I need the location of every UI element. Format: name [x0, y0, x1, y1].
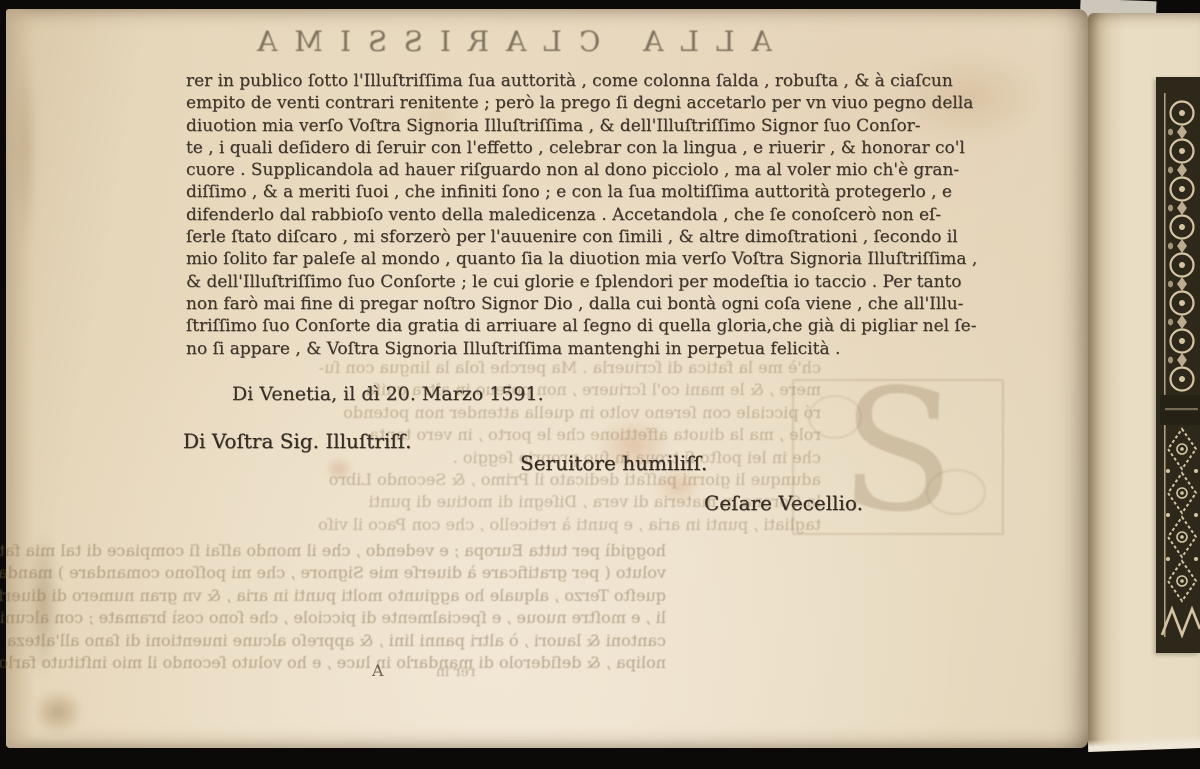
- letter-line: difenderlo dal rabbioſo vento della male…: [186, 205, 1041, 227]
- page-bottom-edge: [1088, 736, 1200, 752]
- mirrored-running-head: ALLA CLARISSIMA: [156, 25, 856, 58]
- letter-line: cuore . Supplicandola ad hauer riſguardo…: [186, 160, 1041, 182]
- show-through-line: hoggidì per tutta Europa ; e vedendo , c…: [152, 541, 666, 563]
- gathering-mark: A: [372, 661, 384, 680]
- date-line: Di Venetia, il dì 20. Marzo 1591.: [232, 383, 544, 405]
- letter-line: & dell'Illuſtriſſimo ſuo Conſorte ; le c…: [186, 272, 1041, 294]
- facing-page: [1088, 13, 1200, 748]
- letter-line: diſſimo , & a meriti ſuoi , che infiniti…: [186, 182, 1041, 204]
- show-through-line: li , e moſtre nuoue , e ſpecialmente di …: [152, 608, 666, 630]
- show-through-catchword: rer in: [436, 664, 476, 680]
- woodcut-border-icon: [1156, 77, 1200, 653]
- valediction: Seruitore humiliſſ.: [520, 451, 707, 475]
- show-through-line: ró picciale con ſereno volto in quella a…: [201, 403, 821, 425]
- letter-line: te , i quali deſidero di ſeruir con l'ef…: [186, 138, 1041, 160]
- letter-line: empito de venti contrari renitente ; per…: [186, 93, 1041, 115]
- woodcut-border-ornament: [1156, 77, 1200, 653]
- paper-stain: [32, 689, 84, 735]
- letter-line: mio ſolito far paleſe al mondo , quanto …: [186, 249, 1041, 271]
- show-through-line: queſto Terzo , alquale ho aggiunto molti…: [152, 586, 666, 608]
- book-scan: ALLA CLARISSIMA rer in publico ſotto l'I…: [0, 0, 1200, 769]
- foliage-flourish-icon: [808, 395, 862, 439]
- show-through-line: voluto ( per gratificare à diuerſe mie S…: [152, 563, 666, 585]
- letter-line: rer in publico ſotto l'Illuſtriſſima ſua…: [186, 71, 1041, 93]
- show-through-drop-cap: S: [792, 379, 1004, 535]
- show-through-line: nolipa , & deſiderolo di mandarlo in luc…: [152, 653, 666, 675]
- letter-line: non farò mai fine di pregar noſtro Signo…: [186, 294, 1041, 316]
- letter-line: diuotion mia verſo Voſtra Signoria Illuſ…: [186, 116, 1041, 138]
- letter-page: ALLA CLARISSIMA rer in publico ſotto l'I…: [6, 9, 1088, 748]
- letter-line: ſtriſſimo ſuo Conſorte dia gratia di arr…: [186, 316, 1041, 338]
- show-through-line: cantoni & lauori , ò altri panni lini , …: [152, 631, 666, 653]
- show-through-line: ch'è me la fatica di ſcriuerla . Ma perc…: [201, 358, 821, 380]
- salutation: Di Voſtra Sig. Illuſtriſſ.: [183, 429, 411, 453]
- show-through-text-lower: hoggidì per tutta Europa ; e vedendo , c…: [152, 541, 666, 675]
- show-through-line: adunque li giorni paſſati dedicato il Pr…: [201, 470, 821, 492]
- drop-cap-letter: S: [791, 349, 1006, 552]
- letter-line: ſerle ſtato diſcaro , mi sforzerò per l'…: [186, 227, 1041, 249]
- foliage-flourish-icon: [926, 469, 986, 515]
- show-through-line: tagliati , punti in aria , e punti à ret…: [201, 515, 821, 537]
- letter-body: rer in publico ſotto l'Illuſtriſſima ſua…: [186, 71, 1044, 361]
